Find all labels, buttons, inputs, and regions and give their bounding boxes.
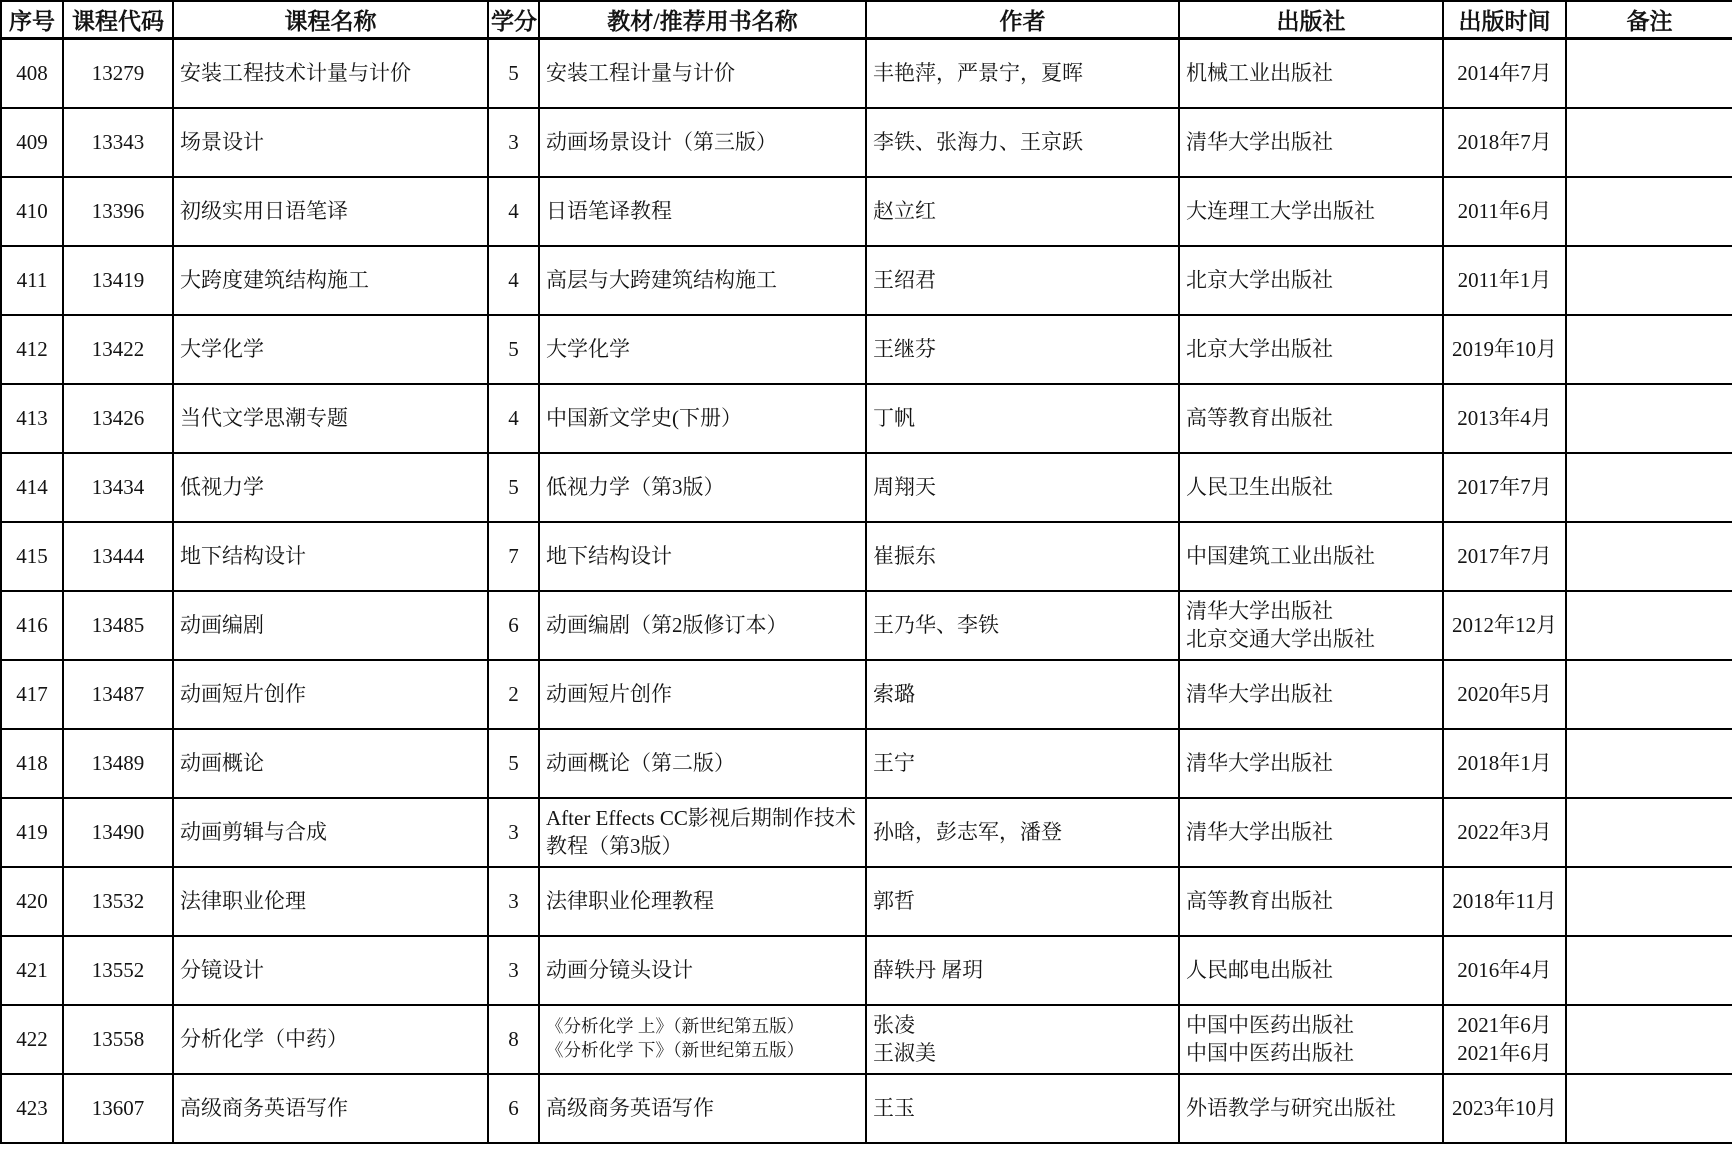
cell-seq: 411 — [1, 246, 63, 315]
cell-seq: 413 — [1, 384, 63, 453]
cell-author: 薛轶丹 屠玥 — [866, 936, 1179, 1005]
cell-seq: 421 — [1, 936, 63, 1005]
cell-credits: 5 — [488, 729, 539, 798]
cell-course: 地下结构设计 — [173, 522, 488, 591]
cell-seq: 410 — [1, 177, 63, 246]
cell-publisher: 清华大学出版社 — [1179, 108, 1443, 177]
cell-author: 崔振东 — [866, 522, 1179, 591]
cell-publisher: 外语教学与研究出版社 — [1179, 1074, 1443, 1143]
cell-textbook: 高层与大跨建筑结构施工 — [539, 246, 866, 315]
cell-credits: 8 — [488, 1005, 539, 1074]
cell-credits: 5 — [488, 453, 539, 522]
cell-remark — [1566, 936, 1732, 1005]
cell-publisher: 大连理工大学出版社 — [1179, 177, 1443, 246]
cell-pub_date: 2022年3月 — [1443, 798, 1566, 867]
cell-remark — [1566, 798, 1732, 867]
cell-credits: 3 — [488, 867, 539, 936]
column-header-pub_date: 出版时间 — [1443, 1, 1566, 39]
cell-pub_date: 2016年4月 — [1443, 936, 1566, 1005]
cell-code: 13552 — [63, 936, 173, 1005]
cell-seq: 415 — [1, 522, 63, 591]
cell-code: 13434 — [63, 453, 173, 522]
cell-remark — [1566, 39, 1732, 108]
cell-pub_date: 2017年7月 — [1443, 453, 1566, 522]
cell-author: 丰艳萍，严景宁，夏晖 — [866, 39, 1179, 108]
column-header-remark: 备注 — [1566, 1, 1732, 39]
cell-code: 13532 — [63, 867, 173, 936]
cell-remark — [1566, 591, 1732, 660]
cell-remark — [1566, 1005, 1732, 1074]
cell-pub_date: 2014年7月 — [1443, 39, 1566, 108]
cell-publisher: 中国建筑工业出版社 — [1179, 522, 1443, 591]
cell-author: 周翔天 — [866, 453, 1179, 522]
column-header-credits: 学分 — [488, 1, 539, 39]
column-header-author: 作者 — [866, 1, 1179, 39]
cell-textbook: 低视力学（第3版） — [539, 453, 866, 522]
cell-code: 13396 — [63, 177, 173, 246]
cell-pub_date: 2017年7月 — [1443, 522, 1566, 591]
cell-publisher: 高等教育出版社 — [1179, 867, 1443, 936]
cell-publisher: 机械工业出版社 — [1179, 39, 1443, 108]
cell-textbook: 大学化学 — [539, 315, 866, 384]
table-row: 42113552分镜设计3动画分镜头设计薛轶丹 屠玥人民邮电出版社2016年4月 — [1, 936, 1732, 1005]
cell-seq: 416 — [1, 591, 63, 660]
cell-course: 高级商务英语写作 — [173, 1074, 488, 1143]
cell-publisher: 清华大学出版社 — [1179, 660, 1443, 729]
cell-code: 13485 — [63, 591, 173, 660]
course-textbook-table: 序号课程代码课程名称学分教材/推荐用书名称作者出版社出版时间备注 4081327… — [0, 0, 1732, 1144]
cell-code: 13489 — [63, 729, 173, 798]
cell-remark — [1566, 453, 1732, 522]
table-row: 42013532法律职业伦理3法律职业伦理教程郭哲高等教育出版社2018年11月 — [1, 867, 1732, 936]
cell-textbook: 地下结构设计 — [539, 522, 866, 591]
cell-credits: 3 — [488, 108, 539, 177]
table-row: 41713487动画短片创作2动画短片创作索璐清华大学出版社2020年5月 — [1, 660, 1732, 729]
table-row: 40813279安装工程技术计量与计价5安装工程计量与计价丰艳萍，严景宁，夏晖机… — [1, 39, 1732, 108]
cell-credits: 4 — [488, 384, 539, 453]
cell-author: 王宁 — [866, 729, 1179, 798]
cell-pub_date: 2019年10月 — [1443, 315, 1566, 384]
cell-textbook: After Effects CC影视后期制作技术教程（第3版） — [539, 798, 866, 867]
cell-credits: 4 — [488, 246, 539, 315]
header-row: 序号课程代码课程名称学分教材/推荐用书名称作者出版社出版时间备注 — [1, 1, 1732, 39]
column-header-textbook: 教材/推荐用书名称 — [539, 1, 866, 39]
cell-course: 法律职业伦理 — [173, 867, 488, 936]
cell-seq: 420 — [1, 867, 63, 936]
cell-publisher: 人民卫生出版社 — [1179, 453, 1443, 522]
cell-course: 分析化学（中药） — [173, 1005, 488, 1074]
cell-publisher: 中国中医药出版社 中国中医药出版社 — [1179, 1005, 1443, 1074]
cell-credits: 3 — [488, 936, 539, 1005]
cell-course: 分镜设计 — [173, 936, 488, 1005]
table-row: 41813489动画概论5动画概论（第二版）王宁清华大学出版社2018年1月 — [1, 729, 1732, 798]
cell-seq: 422 — [1, 1005, 63, 1074]
cell-seq: 409 — [1, 108, 63, 177]
cell-remark — [1566, 1074, 1732, 1143]
cell-code: 13279 — [63, 39, 173, 108]
cell-author: 王继芬 — [866, 315, 1179, 384]
cell-credits: 5 — [488, 315, 539, 384]
cell-course: 低视力学 — [173, 453, 488, 522]
cell-textbook: 动画分镜头设计 — [539, 936, 866, 1005]
cell-publisher: 北京大学出版社 — [1179, 315, 1443, 384]
cell-code: 13419 — [63, 246, 173, 315]
cell-seq: 418 — [1, 729, 63, 798]
cell-author: 王玉 — [866, 1074, 1179, 1143]
cell-pub_date: 2012年12月 — [1443, 591, 1566, 660]
cell-code: 13444 — [63, 522, 173, 591]
cell-code: 13607 — [63, 1074, 173, 1143]
cell-code: 13558 — [63, 1005, 173, 1074]
cell-credits: 6 — [488, 591, 539, 660]
cell-course: 动画剪辑与合成 — [173, 798, 488, 867]
cell-pub_date: 2013年4月 — [1443, 384, 1566, 453]
cell-pub_date: 2011年1月 — [1443, 246, 1566, 315]
cell-course: 大学化学 — [173, 315, 488, 384]
cell-seq: 408 — [1, 39, 63, 108]
cell-remark — [1566, 867, 1732, 936]
cell-credits: 3 — [488, 798, 539, 867]
cell-remark — [1566, 729, 1732, 798]
cell-author: 丁帆 — [866, 384, 1179, 453]
cell-remark — [1566, 108, 1732, 177]
cell-remark — [1566, 384, 1732, 453]
table-row: 42213558分析化学（中药）8《分析化学 上》（新世纪第五版） 《分析化学 … — [1, 1005, 1732, 1074]
cell-textbook: 法律职业伦理教程 — [539, 867, 866, 936]
cell-credits: 5 — [488, 39, 539, 108]
table-row: 41113419大跨度建筑结构施工4高层与大跨建筑结构施工王绍君北京大学出版社2… — [1, 246, 1732, 315]
cell-remark — [1566, 246, 1732, 315]
cell-remark — [1566, 177, 1732, 246]
cell-author: 王绍君 — [866, 246, 1179, 315]
cell-course: 动画编剧 — [173, 591, 488, 660]
cell-code: 13422 — [63, 315, 173, 384]
table-row: 41313426当代文学思潮专题4中国新文学史(下册）丁帆高等教育出版社2013… — [1, 384, 1732, 453]
cell-textbook: 高级商务英语写作 — [539, 1074, 866, 1143]
cell-pub_date: 2020年5月 — [1443, 660, 1566, 729]
cell-pub_date: 2011年6月 — [1443, 177, 1566, 246]
table-row: 40913343场景设计3动画场景设计（第三版）李铁、张海力、王京跃清华大学出版… — [1, 108, 1732, 177]
table-body: 40813279安装工程技术计量与计价5安装工程计量与计价丰艳萍，严景宁，夏晖机… — [1, 39, 1732, 1143]
cell-textbook: 日语笔译教程 — [539, 177, 866, 246]
table-row: 41413434低视力学5低视力学（第3版）周翔天人民卫生出版社2017年7月 — [1, 453, 1732, 522]
cell-author: 李铁、张海力、王京跃 — [866, 108, 1179, 177]
cell-author: 王乃华、李铁 — [866, 591, 1179, 660]
table-row: 41613485动画编剧6动画编剧（第2版修订本）王乃华、李铁清华大学出版社 北… — [1, 591, 1732, 660]
cell-course: 场景设计 — [173, 108, 488, 177]
cell-publisher: 北京大学出版社 — [1179, 246, 1443, 315]
cell-course: 当代文学思潮专题 — [173, 384, 488, 453]
cell-credits: 7 — [488, 522, 539, 591]
cell-textbook: 动画短片创作 — [539, 660, 866, 729]
cell-seq: 419 — [1, 798, 63, 867]
cell-textbook: 动画概论（第二版） — [539, 729, 866, 798]
table-row: 41013396初级实用日语笔译4日语笔译教程赵立红大连理工大学出版社2011年… — [1, 177, 1732, 246]
table-header: 序号课程代码课程名称学分教材/推荐用书名称作者出版社出版时间备注 — [1, 1, 1732, 39]
cell-pub_date: 2018年7月 — [1443, 108, 1566, 177]
cell-pub_date: 2018年11月 — [1443, 867, 1566, 936]
cell-pub_date: 2021年6月 2021年6月 — [1443, 1005, 1566, 1074]
column-header-publisher: 出版社 — [1179, 1, 1443, 39]
cell-credits: 6 — [488, 1074, 539, 1143]
table-row: 42313607高级商务英语写作6高级商务英语写作王玉外语教学与研究出版社202… — [1, 1074, 1732, 1143]
cell-code: 13487 — [63, 660, 173, 729]
column-header-seq: 序号 — [1, 1, 63, 39]
cell-credits: 4 — [488, 177, 539, 246]
cell-course: 动画概论 — [173, 729, 488, 798]
cell-publisher: 清华大学出版社 — [1179, 729, 1443, 798]
cell-publisher: 清华大学出版社 — [1179, 798, 1443, 867]
cell-seq: 417 — [1, 660, 63, 729]
cell-seq: 412 — [1, 315, 63, 384]
cell-code: 13343 — [63, 108, 173, 177]
cell-textbook: 安装工程计量与计价 — [539, 39, 866, 108]
cell-seq: 423 — [1, 1074, 63, 1143]
cell-textbook: 动画编剧（第2版修订本） — [539, 591, 866, 660]
cell-publisher: 清华大学出版社 北京交通大学出版社 — [1179, 591, 1443, 660]
cell-author: 张凌 王淑美 — [866, 1005, 1179, 1074]
cell-course: 初级实用日语笔译 — [173, 177, 488, 246]
cell-author: 赵立红 — [866, 177, 1179, 246]
cell-code: 13426 — [63, 384, 173, 453]
cell-pub_date: 2023年10月 — [1443, 1074, 1566, 1143]
cell-course: 大跨度建筑结构施工 — [173, 246, 488, 315]
cell-seq: 414 — [1, 453, 63, 522]
table-row: 41513444地下结构设计7地下结构设计崔振东中国建筑工业出版社2017年7月 — [1, 522, 1732, 591]
column-header-course: 课程名称 — [173, 1, 488, 39]
cell-publisher: 人民邮电出版社 — [1179, 936, 1443, 1005]
cell-pub_date: 2018年1月 — [1443, 729, 1566, 798]
table-row: 41213422大学化学5大学化学王继芬北京大学出版社2019年10月 — [1, 315, 1732, 384]
cell-course: 安装工程技术计量与计价 — [173, 39, 488, 108]
cell-code: 13490 — [63, 798, 173, 867]
column-header-code: 课程代码 — [63, 1, 173, 39]
cell-textbook: 《分析化学 上》（新世纪第五版） 《分析化学 下》（新世纪第五版） — [539, 1005, 866, 1074]
cell-author: 孙晗，彭志军，潘登 — [866, 798, 1179, 867]
cell-author: 索璐 — [866, 660, 1179, 729]
cell-credits: 2 — [488, 660, 539, 729]
cell-textbook: 动画场景设计（第三版） — [539, 108, 866, 177]
cell-publisher: 高等教育出版社 — [1179, 384, 1443, 453]
table-row: 41913490动画剪辑与合成3After Effects CC影视后期制作技术… — [1, 798, 1732, 867]
cell-author: 郭哲 — [866, 867, 1179, 936]
cell-remark — [1566, 522, 1732, 591]
cell-remark — [1566, 315, 1732, 384]
cell-textbook: 中国新文学史(下册） — [539, 384, 866, 453]
cell-course: 动画短片创作 — [173, 660, 488, 729]
cell-remark — [1566, 660, 1732, 729]
